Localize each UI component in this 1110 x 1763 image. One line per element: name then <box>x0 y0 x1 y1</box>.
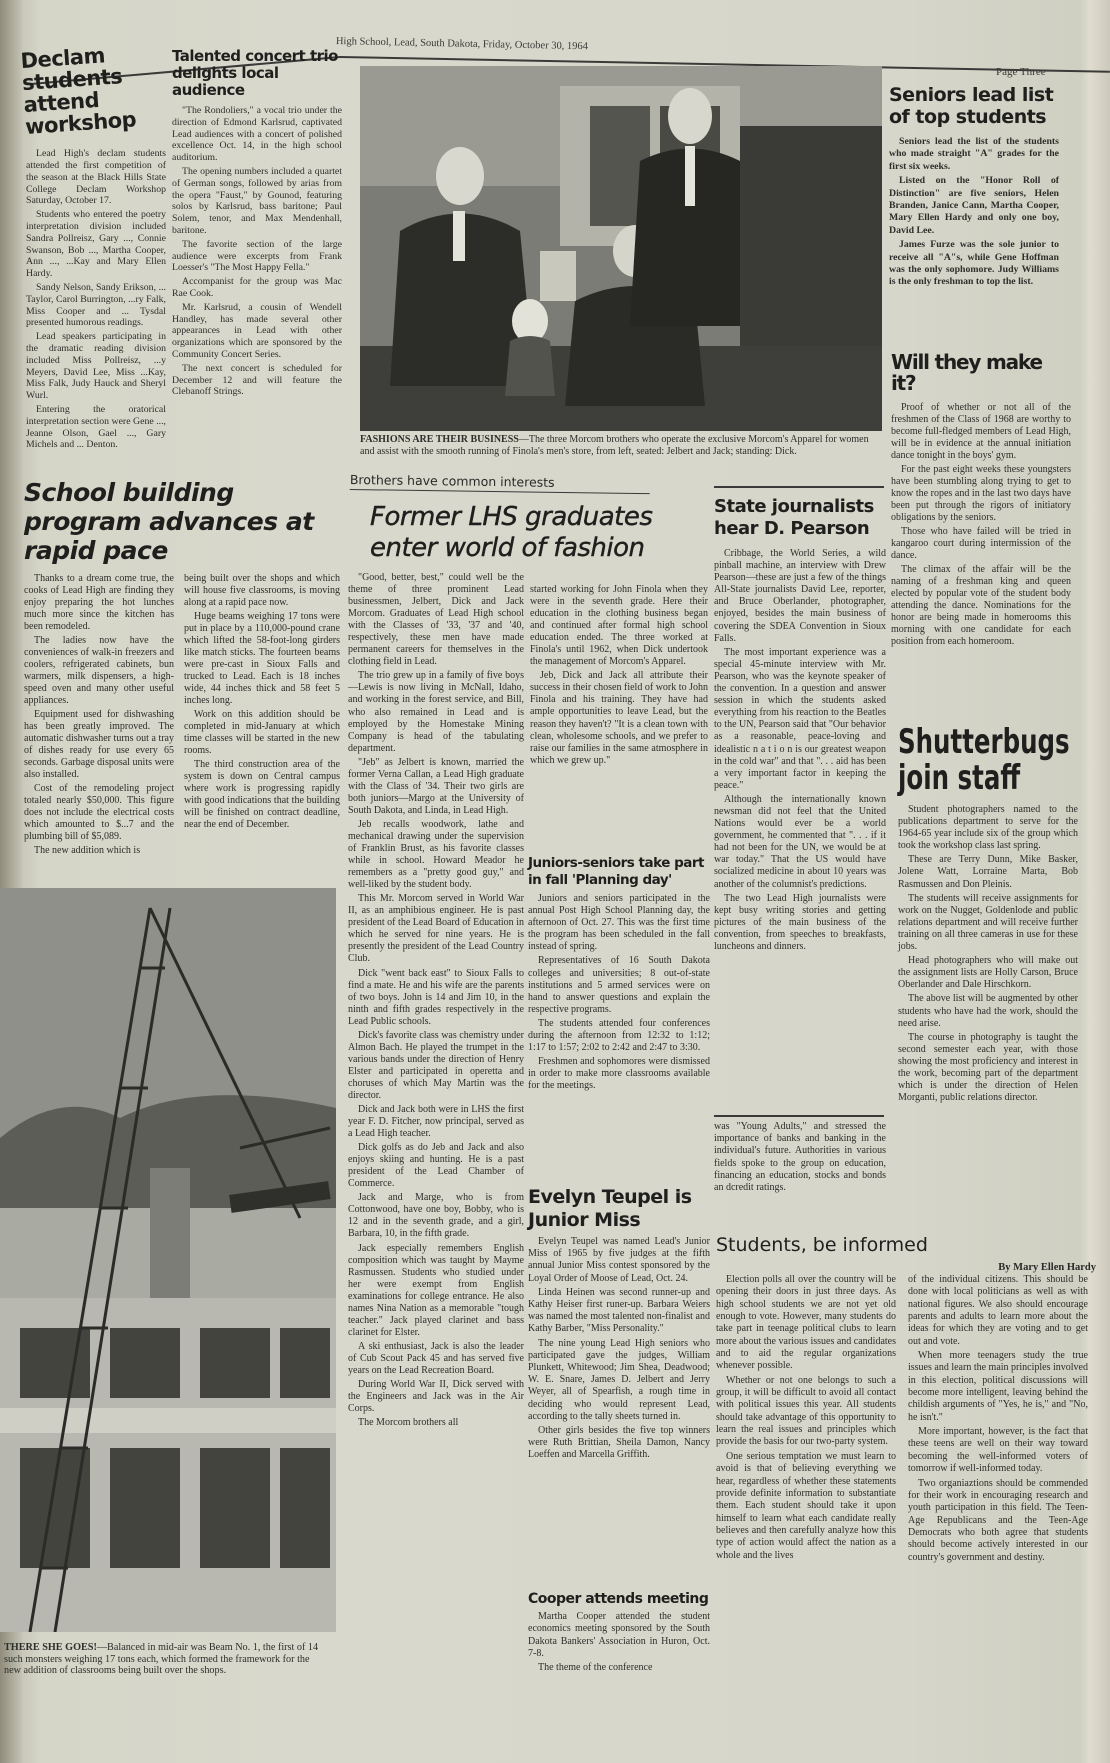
paragraph: The above list will be augmented by othe… <box>898 993 1078 1029</box>
paragraph: The most important experience was a spec… <box>714 647 886 792</box>
headline: Students, be informed <box>716 1234 1096 1256</box>
paragraph: Student photographers named to the publi… <box>898 804 1078 852</box>
paragraph: Students who entered the poetry interpre… <box>26 209 166 280</box>
article-concert: Talented concert trio delights local aud… <box>172 48 342 400</box>
paragraph: This Mr. Morcom served in World War II, … <box>348 893 524 965</box>
paragraph: James Furze was the sole junior to recei… <box>889 239 1059 289</box>
paragraph: Dick and Jack both were in LHS the first… <box>348 1104 524 1140</box>
paragraph: Representatives of 16 South Dakota colle… <box>528 955 710 1015</box>
headline: Talented concert trio delights local aud… <box>172 48 342 99</box>
paragraph: Dick's favorite class was chemistry unde… <box>348 1030 524 1102</box>
paragraph: "Good, better, best," could well be the … <box>348 572 524 668</box>
paragraph: The third construction area of the syste… <box>184 759 340 831</box>
paragraph: Equipment used for dishwashing has been … <box>24 709 174 781</box>
article-cooper-continued: was "Young Adults," and stressed the imp… <box>714 1121 886 1196</box>
article-informed: Students, be informed By Mary Ellen Hard… <box>716 1234 1096 1566</box>
article-declam: Declam students attend workshop Lead Hig… <box>26 50 166 453</box>
paragraph: The climax of the affair will be the nam… <box>891 564 1071 648</box>
paragraph: Dick golfs as do Jeb and Jack and also e… <box>348 1142 524 1190</box>
paragraph: Martha Cooper attended the student econo… <box>528 1611 710 1660</box>
paragraph: Jeb, Dick and Jack all attribute their s… <box>530 670 708 766</box>
paragraph: Proof of whether or not all of the fresh… <box>891 402 1071 462</box>
byline: By Mary Ellen Hardy <box>716 1262 1096 1273</box>
paragraph: Whether or not one belongs to such a gro… <box>716 1375 896 1449</box>
paragraph: Lead High's declam students attended the… <box>26 148 166 207</box>
headline: Shutterbugs join staff <box>898 724 1085 796</box>
article-cooper: Cooper attends meeting Martha Cooper att… <box>528 1590 710 1676</box>
headline-fashion: Former LHS graduates enter world of fash… <box>370 502 690 564</box>
headline: Seniors lead list of top students <box>889 84 1059 128</box>
article-fashion-col1: "Good, better, best," could well be the … <box>348 572 524 1431</box>
paragraph: The Morcom brothers all <box>348 1417 524 1429</box>
section-rule <box>714 1115 884 1117</box>
headline: Cooper attends meeting <box>528 1590 710 1608</box>
article-planning-day: Juniors-seniors take part in fall 'Plann… <box>528 855 710 1095</box>
headline: Juniors-seniors take part in fall 'Plann… <box>528 855 710 889</box>
paragraph: Entering the oratorical interpretation s… <box>26 404 166 451</box>
paragraph: The trio grew up in a family of five boy… <box>348 670 524 754</box>
paragraph: being built over the shops and which wil… <box>184 573 340 609</box>
paragraph: The nine young Lead High seniors who par… <box>528 1338 710 1423</box>
paragraph: "Jeb" as Jelbert is known, married the f… <box>348 757 524 817</box>
article-junior-miss: Evelyn Teupel is Junior Miss Evelyn Teup… <box>528 1186 710 1464</box>
paragraph: Cribbage, the World Series, a wild pinba… <box>714 548 886 645</box>
paragraph: More important, however, is the fact tha… <box>908 1426 1088 1475</box>
paragraph: Jack and Marge, who is from Cottonwood, … <box>348 1192 524 1240</box>
section-rule <box>714 486 884 488</box>
paragraph: Juniors and seniors participated in the … <box>528 893 710 953</box>
paragraph: Accompanist for the group was Mac Rae Co… <box>172 276 342 300</box>
paragraph: Election polls all over the country will… <box>716 1274 896 1373</box>
paragraph: Although the internationally known newsm… <box>714 794 886 891</box>
headline: Declam students attend workshop <box>20 40 166 138</box>
paragraph: Listed on the "Honor Roll of Distinction… <box>889 175 1059 237</box>
headline: Evelyn Teupel is Junior Miss <box>528 1186 710 1232</box>
caption-lead: THERE SHE GOES! <box>4 1642 97 1653</box>
paragraph: Work on this addition should be complete… <box>184 709 340 757</box>
paragraph: Jeb recalls woodwork, lathe and mechanic… <box>348 819 524 891</box>
paragraph: Dick "went back east" to Sioux Falls to … <box>348 968 524 1028</box>
paragraph: A ski enthusiast, Jack is also the leade… <box>348 1341 524 1377</box>
article-will-they: Will they make it? Proof of whether or n… <box>891 352 1071 650</box>
paragraph: Huge beams weighing 17 tons were put in … <box>184 611 340 707</box>
article-pearson: State journalists hear D. Pearson Cribba… <box>714 496 886 955</box>
paragraph: The new addition which is <box>24 845 174 857</box>
column: Thanks to a dream come true, the cooks o… <box>24 573 174 859</box>
headline: School building program advances at rapi… <box>24 478 340 565</box>
article-fashion-col2: started working for John Finola when the… <box>530 584 708 769</box>
headline: Will they make it? <box>891 352 1071 394</box>
paragraph: These are Terry Dunn, Mike Basker, Jolen… <box>898 854 1078 890</box>
column: of the individual citizens. This should … <box>908 1274 1088 1566</box>
photo-image <box>360 66 882 431</box>
paragraph: was "Young Adults," and stressed the imp… <box>714 1121 886 1194</box>
paragraph: When more teenagers study the true issue… <box>908 1350 1088 1424</box>
column: Election polls all over the country will… <box>716 1274 896 1566</box>
paragraph: Linda Heinen was second runner-up and Ka… <box>528 1287 710 1336</box>
paragraph: The two Lead High journalists were kept … <box>714 893 886 953</box>
paragraph: Head photographers who will make out the… <box>898 955 1078 991</box>
paragraph: Cost of the remodeling project totaled n… <box>24 783 174 843</box>
paragraph: Jack especially remembers English compos… <box>348 1243 524 1339</box>
paragraph: One serious temptation we must learn to … <box>716 1451 896 1562</box>
paragraph: The favorite section of the large audien… <box>172 239 342 274</box>
paragraph: The next concert is scheduled for Decemb… <box>172 363 342 398</box>
paragraph: The opening numbers included a quartet o… <box>172 166 342 237</box>
caption-lead: FASHIONS ARE THEIR BUSINESS <box>360 434 519 445</box>
paragraph: Other girls besides the five top winners… <box>528 1425 710 1462</box>
paragraph: Lead speakers participating in the drama… <box>26 331 166 402</box>
paragraph: Sandy Nelson, Sandy Erikson, ... Taylor,… <box>26 282 166 329</box>
paragraph: The students attended four conferences d… <box>528 1018 710 1054</box>
paragraph: Mr. Karlsrud, a cousin of Wendell Handle… <box>172 302 342 361</box>
paragraph: The course in photography is taught the … <box>898 1032 1078 1105</box>
paragraph: started working for John Finola when the… <box>530 584 708 668</box>
article-seniors: Seniors lead list of top students Senior… <box>889 84 1059 291</box>
crane-photo-caption: THERE SHE GOES!—Balanced in mid-air was … <box>4 1642 324 1677</box>
paragraph: Two organiaztions should be commended fo… <box>908 1478 1088 1564</box>
fashion-brothers-photo <box>360 66 882 431</box>
paragraph: For the past eight weeks these youngster… <box>891 464 1071 524</box>
paragraph: The students will receive assignments fo… <box>898 893 1078 953</box>
article-shutterbugs: Shutterbugs join staff Student photograp… <box>898 724 1078 1106</box>
paragraph: Evelyn Teupel was named Lead's Junior Mi… <box>528 1236 710 1285</box>
paragraph: Thanks to a dream come true, the cooks o… <box>24 573 174 633</box>
masthead-dateline: High School, Lead, South Dakota, Friday,… <box>336 36 588 52</box>
newspaper-page: High School, Lead, South Dakota, Friday,… <box>0 0 1110 1763</box>
crane-construction-photo <box>0 888 336 1632</box>
paragraph: The ladies now have the conveniences of … <box>24 635 174 707</box>
paragraph: Those who have failed will be tried in k… <box>891 526 1071 562</box>
article-school-building: School building program advances at rapi… <box>24 478 340 859</box>
column: being built over the shops and which wil… <box>184 573 340 859</box>
headline: State journalists hear D. Pearson <box>714 496 886 540</box>
paragraph: During World War II, Dick served with th… <box>348 1379 524 1415</box>
paragraph: The theme of the conference <box>528 1662 710 1674</box>
photo-image <box>0 888 336 1632</box>
paragraph: Seniors lead the list of the students wh… <box>889 136 1059 173</box>
paragraph: of the individual citizens. This should … <box>908 1274 1088 1348</box>
paragraph: "The Rondoliers," a vocal trio under the… <box>172 105 342 164</box>
fashion-photo-caption: FASHIONS ARE THEIR BUSINESS—The three Mo… <box>360 434 885 457</box>
kicker: Brothers have common interests <box>350 472 650 494</box>
paragraph: Freshmen and sophomores were dismissed i… <box>528 1056 710 1092</box>
